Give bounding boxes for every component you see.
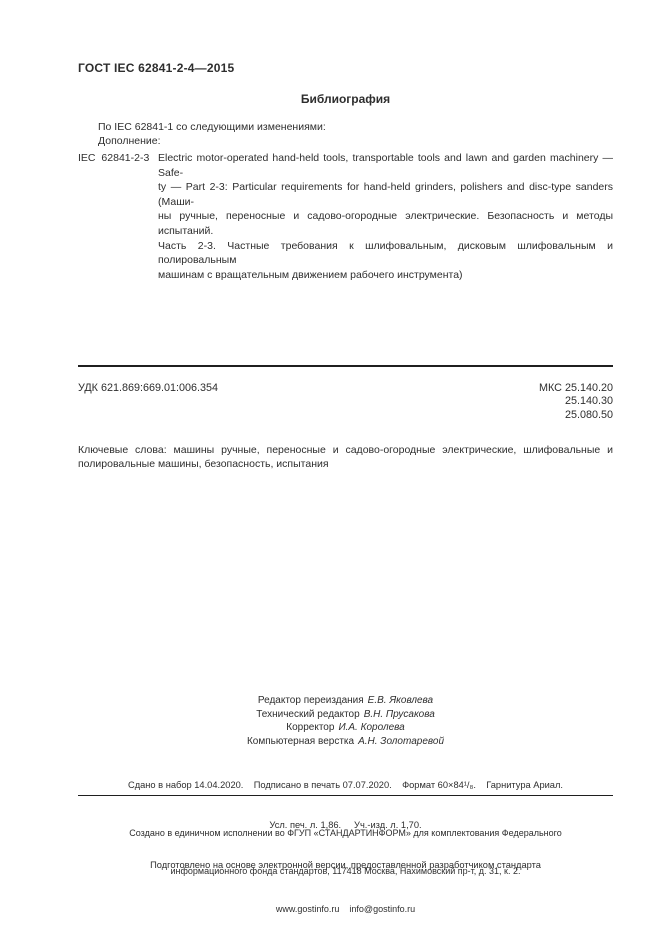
udk-code: УДК 621.869:669.01:006.354 — [78, 382, 218, 395]
credit-name: В.Н. Прусакова — [364, 709, 435, 720]
reference-entry: IEC 62841-2-3 Electric motor-operated ha… — [78, 151, 613, 282]
credit-line: Технический редакторВ.Н. Прусакова — [78, 708, 613, 722]
horizontal-rule-top — [78, 365, 613, 367]
credit-role: Технический редактор — [256, 709, 359, 720]
credit-role: Корректор — [286, 722, 334, 733]
imprint-line: Сдано в набор 14.04.2020. Подписано в пе… — [78, 779, 613, 792]
keywords-block: Ключевые слова: машины ручные, переносны… — [78, 443, 613, 471]
credit-role: Компьютерная верстка — [247, 736, 354, 747]
credit-name: Е.В. Яковлева — [368, 695, 433, 706]
credit-name: И.А. Королева — [338, 722, 404, 733]
reference-description: Electric motor-operated hand-held tools,… — [158, 151, 613, 282]
reference-line: Electric motor-operated hand-held tools,… — [158, 151, 613, 180]
reference-line: ty — Part 2-3: Particular requirements f… — [158, 180, 613, 209]
publisher-line: Создано в единичном исполнении во ФГУП «… — [78, 827, 613, 840]
publisher-block: Создано в единичном исполнении во ФГУП «… — [78, 801, 613, 935]
credits-block: Редактор переизданияЕ.В. Яковлева Технич… — [78, 694, 613, 748]
mks-line: 25.080.50 — [78, 409, 613, 422]
section-title-bibliography: Библиография — [78, 92, 613, 106]
reference-line: ны ручные, переносные и садово-огородные… — [158, 209, 613, 238]
document-page: ГОСТ IEC 62841-2-4—2015 Библиография По … — [0, 0, 661, 935]
intro-line-2: Дополнение: — [98, 134, 613, 148]
credit-line: Компьютерная версткаА.Н. Золотаревой — [78, 735, 613, 749]
publisher-line: www.gostinfo.ru info@gostinfo.ru — [78, 903, 613, 916]
keywords-line: Ключевые слова: машины ручные, переносны… — [78, 443, 613, 457]
intro-line-1: По IEC 62841-1 со следующими изменениями… — [98, 120, 613, 134]
credit-line: КорректорИ.А. Королева — [78, 721, 613, 735]
reference-line: машинам с вращательным движением рабочег… — [158, 268, 613, 283]
classification-row: УДК 621.869:669.01:006.354 МКС 25.140.20… — [78, 382, 613, 422]
reference-code: IEC 62841-2-3 — [78, 151, 149, 166]
doc-number-header: ГОСТ IEC 62841-2-4—2015 — [78, 61, 234, 75]
publisher-line: информационного фонда стандартов, 117418… — [78, 865, 613, 878]
mks-line: 25.140.30 — [78, 395, 613, 408]
intro-block: По IEC 62841-1 со следующими изменениями… — [98, 120, 613, 148]
horizontal-rule-bottom — [78, 795, 613, 796]
credit-line: Редактор переизданияЕ.В. Яковлева — [78, 694, 613, 708]
credit-name: А.Н. Золотаревой — [358, 736, 444, 747]
keywords-line: полировальные машины, безопасность, испы… — [78, 457, 613, 471]
reference-line: Часть 2-3. Частные требования к шлифовал… — [158, 239, 613, 268]
credit-role: Редактор переиздания — [258, 695, 364, 706]
